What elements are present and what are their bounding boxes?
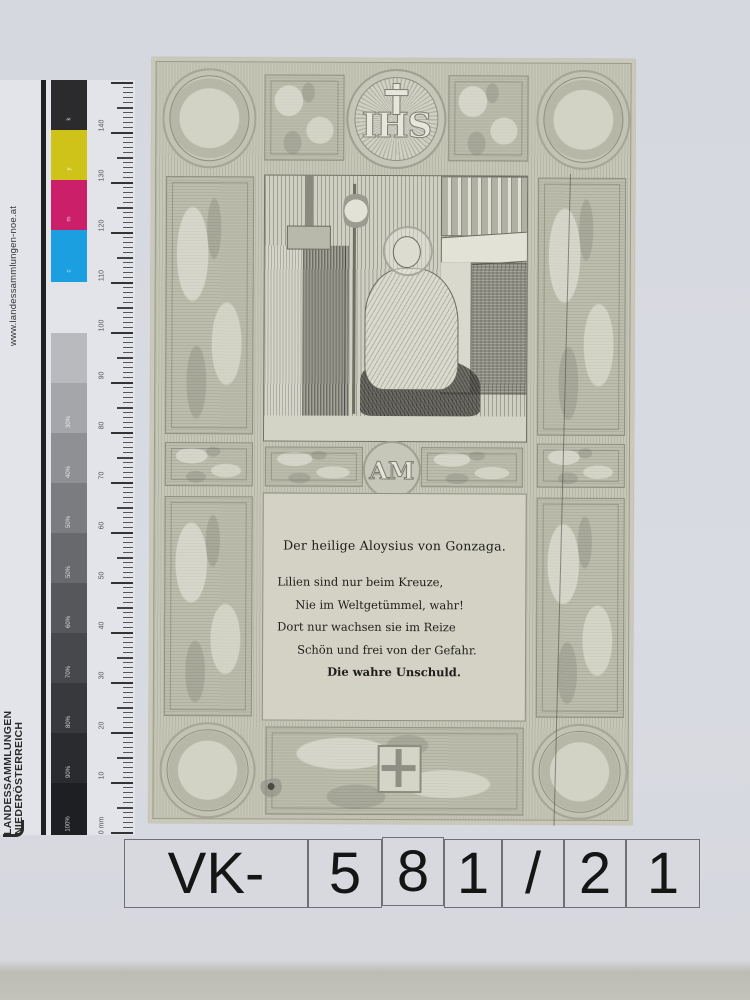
ruler-tick bbox=[111, 582, 133, 584]
gray-patch: 80% bbox=[51, 683, 87, 733]
ruler-tick bbox=[123, 822, 133, 823]
ruler-tick bbox=[123, 517, 133, 518]
ruler-tick bbox=[123, 97, 133, 98]
ruler-tick bbox=[111, 532, 133, 534]
poem-line: Lilien sind nur beim Kreuze, bbox=[277, 571, 525, 595]
saint-head bbox=[393, 236, 421, 268]
website-text: www.landessammlungen-noe.at bbox=[8, 206, 19, 346]
ruler-tick bbox=[123, 322, 133, 323]
brand-line-2: NIEDERÖSTERREICH bbox=[13, 722, 25, 835]
ruler-tick bbox=[123, 452, 133, 453]
gray-patch: 100% bbox=[51, 783, 87, 835]
color-patch-yellow: y bbox=[51, 130, 87, 180]
ruler-tick bbox=[111, 332, 133, 334]
label-tile: 1 bbox=[444, 839, 502, 908]
ruler-tick bbox=[123, 337, 133, 338]
ruler-tick bbox=[123, 472, 133, 473]
ruler-tick bbox=[123, 352, 133, 353]
ruler-tick bbox=[123, 137, 133, 138]
ruler-tick bbox=[123, 737, 133, 738]
ruler-tick bbox=[111, 282, 133, 284]
label-tile: 1 bbox=[626, 839, 700, 908]
ruler-tick bbox=[123, 202, 133, 203]
foliage-panel bbox=[537, 444, 625, 488]
evangelist-medallion-bottom-right bbox=[531, 724, 627, 820]
poem: Lilien sind nur beim Kreuze, Nie im Welt… bbox=[263, 570, 525, 661]
ink-stain bbox=[257, 778, 291, 798]
ihs-medallion: IHS bbox=[346, 69, 446, 169]
foliage-panel bbox=[265, 446, 363, 486]
ruler-tick bbox=[123, 222, 133, 223]
ruler-tick bbox=[123, 442, 133, 443]
gray-patch: 60% bbox=[51, 583, 87, 633]
ruler-tick bbox=[123, 742, 133, 743]
mm-ruler: 0 mm 10 20 30 40 50 60 70 80 90 100 110 … bbox=[92, 80, 135, 835]
ruler-tick bbox=[117, 307, 133, 309]
ruler-tick bbox=[123, 637, 133, 638]
ruler-tick bbox=[117, 107, 133, 109]
ruler-tick bbox=[123, 697, 133, 698]
kneeling-figure-surplice bbox=[364, 268, 459, 390]
foliage-column-right-lower bbox=[536, 498, 625, 718]
ruler-tick bbox=[111, 132, 133, 134]
color-scale-strip: www.landessammlungen-noe.at k y m c 30% … bbox=[0, 80, 135, 835]
ornamental-frame: IHS AM bbox=[152, 61, 631, 821]
cross-shield-icon bbox=[377, 745, 421, 793]
holy-card: IHS AM bbox=[148, 57, 635, 825]
gray-patch bbox=[51, 333, 87, 383]
ruler-tick bbox=[123, 747, 133, 748]
ruler-tick bbox=[123, 627, 133, 628]
eagle-medallion-top-right bbox=[536, 70, 630, 170]
label-tile: 5 bbox=[308, 839, 382, 908]
ruler-tick bbox=[123, 392, 133, 393]
color-patch-cyan: c bbox=[51, 230, 87, 282]
ruler-tick bbox=[123, 247, 133, 248]
ruler-tick bbox=[123, 397, 133, 398]
ruler-tick bbox=[123, 427, 133, 428]
ruler-tick bbox=[123, 577, 133, 578]
ruler-tick bbox=[123, 362, 133, 363]
ruler-tick bbox=[123, 162, 133, 163]
ruler-tick bbox=[123, 242, 133, 243]
website-text-wrap: www.landessammlungen-noe.at bbox=[8, 86, 22, 346]
ruler-tick bbox=[123, 277, 133, 278]
ruler-tick bbox=[123, 272, 133, 273]
foliage-column-left-lower bbox=[164, 496, 253, 716]
ruler-tick bbox=[123, 722, 133, 723]
color-patch-magenta: m bbox=[51, 180, 87, 230]
ruler-tick bbox=[111, 382, 133, 384]
gray-patch: 30% bbox=[51, 383, 87, 433]
ruler-tick bbox=[123, 192, 133, 193]
ruler-tick bbox=[123, 647, 133, 648]
ruler-tick bbox=[123, 827, 133, 828]
ruler-tick bbox=[123, 477, 133, 478]
ave-maria-monogram: AM bbox=[363, 441, 421, 499]
ruler-tick bbox=[123, 812, 133, 813]
ruler-tick bbox=[123, 317, 133, 318]
ruler-tick bbox=[123, 587, 133, 588]
gray-patch: 40% bbox=[51, 433, 87, 483]
ruler-tick bbox=[117, 607, 133, 609]
ruler-tick bbox=[111, 832, 133, 834]
ruler-tick bbox=[123, 492, 133, 493]
ruler-tick bbox=[123, 177, 133, 178]
ruler-tick bbox=[111, 232, 133, 234]
ruler-tick bbox=[123, 147, 133, 148]
label-tile: 8 bbox=[382, 837, 444, 906]
poem-line: Dort nur wachsen sie im Reize bbox=[277, 616, 525, 640]
ruler-tick bbox=[123, 302, 133, 303]
foliage-column-right bbox=[537, 178, 626, 436]
ruler-tick bbox=[123, 372, 133, 373]
cross-icon bbox=[392, 83, 400, 115]
ruler-tick bbox=[123, 552, 133, 553]
ruler-tick bbox=[117, 657, 133, 659]
ruler-tick bbox=[117, 707, 133, 709]
ruler-tick bbox=[123, 567, 133, 568]
brand-j-icon bbox=[3, 820, 24, 837]
ruler-tick bbox=[111, 782, 133, 784]
color-patch-black: k bbox=[51, 80, 87, 130]
foliage-panel bbox=[264, 74, 344, 160]
ruler-tick bbox=[123, 597, 133, 598]
ruler-tick bbox=[123, 312, 133, 313]
ruler-tick bbox=[123, 702, 133, 703]
ruler-tick bbox=[123, 237, 133, 238]
ruler-tick bbox=[123, 102, 133, 103]
ruler-tick bbox=[123, 262, 133, 263]
gray-patch: 50% bbox=[51, 483, 87, 533]
ruler-tick bbox=[123, 667, 133, 668]
ruler-tick bbox=[123, 662, 133, 663]
ruler-tick bbox=[123, 327, 133, 328]
gray-patch: 70% bbox=[51, 633, 87, 683]
ruler-tick bbox=[111, 632, 133, 634]
ruler-tick bbox=[123, 402, 133, 403]
ruler-tick bbox=[117, 207, 133, 209]
ruler-tick bbox=[123, 377, 133, 378]
ruler-tick bbox=[123, 152, 133, 153]
ruler-tick bbox=[123, 612, 133, 613]
ruler-tick bbox=[111, 82, 133, 84]
ruler-tick bbox=[123, 672, 133, 673]
ruler-tick bbox=[123, 347, 133, 348]
crucifix-icon bbox=[305, 176, 313, 231]
ruler-tick bbox=[111, 432, 133, 434]
ruler-tick bbox=[123, 187, 133, 188]
ruler-tick bbox=[123, 142, 133, 143]
black-divider-bar bbox=[41, 80, 46, 835]
saint-aloysius-engraving bbox=[263, 174, 528, 442]
motto: Die wahre Unschuld. bbox=[263, 664, 525, 679]
ruler-tick bbox=[123, 227, 133, 228]
ruler-tick bbox=[123, 602, 133, 603]
ruler-tick bbox=[123, 797, 133, 798]
ruler-tick bbox=[123, 92, 133, 93]
ruler-tick bbox=[123, 117, 133, 118]
ruler-tick bbox=[123, 467, 133, 468]
ruler-tick bbox=[123, 462, 133, 463]
ruler-tick bbox=[123, 767, 133, 768]
ruler-tick bbox=[123, 652, 133, 653]
ruler-tick bbox=[123, 617, 133, 618]
foliage-panel bbox=[165, 442, 253, 486]
ruler-tick bbox=[123, 592, 133, 593]
ruler-tick bbox=[117, 407, 133, 409]
ruler-tick bbox=[123, 572, 133, 573]
ruler-tick bbox=[123, 527, 133, 528]
ruler-tick bbox=[117, 557, 133, 559]
ruler-tick bbox=[123, 87, 133, 88]
ruler-tick bbox=[123, 727, 133, 728]
ruler-tick bbox=[123, 502, 133, 503]
poem-line: Schön und frei von der Gefahr. bbox=[277, 638, 525, 662]
ruler-tick bbox=[123, 412, 133, 413]
ruler-tick bbox=[123, 622, 133, 623]
ruler-tick bbox=[123, 447, 133, 448]
ruler-tick bbox=[123, 677, 133, 678]
lily-flower-icon bbox=[343, 186, 369, 236]
ruler-tick bbox=[123, 267, 133, 268]
ruler-tick bbox=[123, 717, 133, 718]
ruler-tick bbox=[123, 287, 133, 288]
ruler-tick bbox=[123, 802, 133, 803]
ruler-tick bbox=[123, 712, 133, 713]
foliage-panel bbox=[448, 75, 528, 161]
ruler-tick bbox=[117, 807, 133, 809]
ruler-tick bbox=[117, 257, 133, 259]
ruler-tick bbox=[123, 512, 133, 513]
ruler-tick bbox=[123, 292, 133, 293]
ruler-tick bbox=[123, 387, 133, 388]
ruler-tick bbox=[123, 297, 133, 298]
label-tile: / bbox=[502, 839, 564, 908]
ruler-tick bbox=[123, 112, 133, 113]
ruler-tick bbox=[123, 792, 133, 793]
bookshelf bbox=[441, 176, 528, 236]
ruler-tick bbox=[123, 787, 133, 788]
ruler-tick bbox=[123, 752, 133, 753]
ruler-tick bbox=[123, 212, 133, 213]
gray-patch: 50% bbox=[51, 533, 87, 583]
ruler-tick bbox=[123, 122, 133, 123]
ruler-tick bbox=[123, 217, 133, 218]
foliage-panel bbox=[421, 447, 523, 487]
ruler-tick bbox=[123, 422, 133, 423]
ruler-tick bbox=[117, 357, 133, 359]
ruler-tick bbox=[123, 692, 133, 693]
ruler-tick bbox=[123, 537, 133, 538]
ruler-tick bbox=[111, 682, 133, 684]
ruler-tick bbox=[123, 522, 133, 523]
ruler-tick bbox=[123, 127, 133, 128]
ruler-tick bbox=[123, 252, 133, 253]
foliage-column-left bbox=[165, 176, 254, 434]
ruler-tick bbox=[123, 562, 133, 563]
ruler-tick bbox=[111, 732, 133, 734]
label-tile: VK- bbox=[124, 839, 308, 908]
ruler-tick bbox=[123, 687, 133, 688]
evangelist-medallion-bottom-left bbox=[159, 722, 255, 818]
card-title: Der heilige Aloysius von Gonzaga. bbox=[264, 537, 526, 553]
ruler-tick bbox=[123, 437, 133, 438]
ruler-tick bbox=[111, 182, 133, 184]
ruler-tick bbox=[123, 762, 133, 763]
ruler-tick bbox=[123, 342, 133, 343]
ruler-tick bbox=[123, 167, 133, 168]
ruler-tick bbox=[123, 642, 133, 643]
ruler-tick bbox=[117, 157, 133, 159]
gray-patch: 90% bbox=[51, 733, 87, 783]
ruler-tick bbox=[117, 507, 133, 509]
ruler-tick bbox=[117, 757, 133, 759]
ruler-tick bbox=[123, 542, 133, 543]
ruler-tick bbox=[111, 482, 133, 484]
poem-line: Nie im Weltgetümmel, wahr! bbox=[277, 593, 525, 617]
ruler-tick bbox=[123, 497, 133, 498]
ruler-tick bbox=[123, 172, 133, 173]
ruler-tick bbox=[123, 367, 133, 368]
evangelist-medallion-top-left bbox=[162, 68, 256, 168]
prayer-text-block: Der heilige Aloysius von Gonzaga. Lilien… bbox=[262, 492, 527, 721]
ruler-tick bbox=[123, 417, 133, 418]
label-tile: 2 bbox=[564, 839, 626, 908]
ruler-tick bbox=[123, 777, 133, 778]
ruler-tick bbox=[123, 487, 133, 488]
brand-logo: LANDESSAMMLUNGEN NIEDERÖSTERREICH bbox=[0, 730, 40, 830]
ruler-tick bbox=[117, 457, 133, 459]
ruler-tick bbox=[123, 197, 133, 198]
ruler-tick bbox=[123, 547, 133, 548]
ruler-tick bbox=[123, 772, 133, 773]
inventory-number-label: VK- 5 8 1 / 2 1 bbox=[124, 839, 700, 908]
ruler-tick bbox=[123, 817, 133, 818]
